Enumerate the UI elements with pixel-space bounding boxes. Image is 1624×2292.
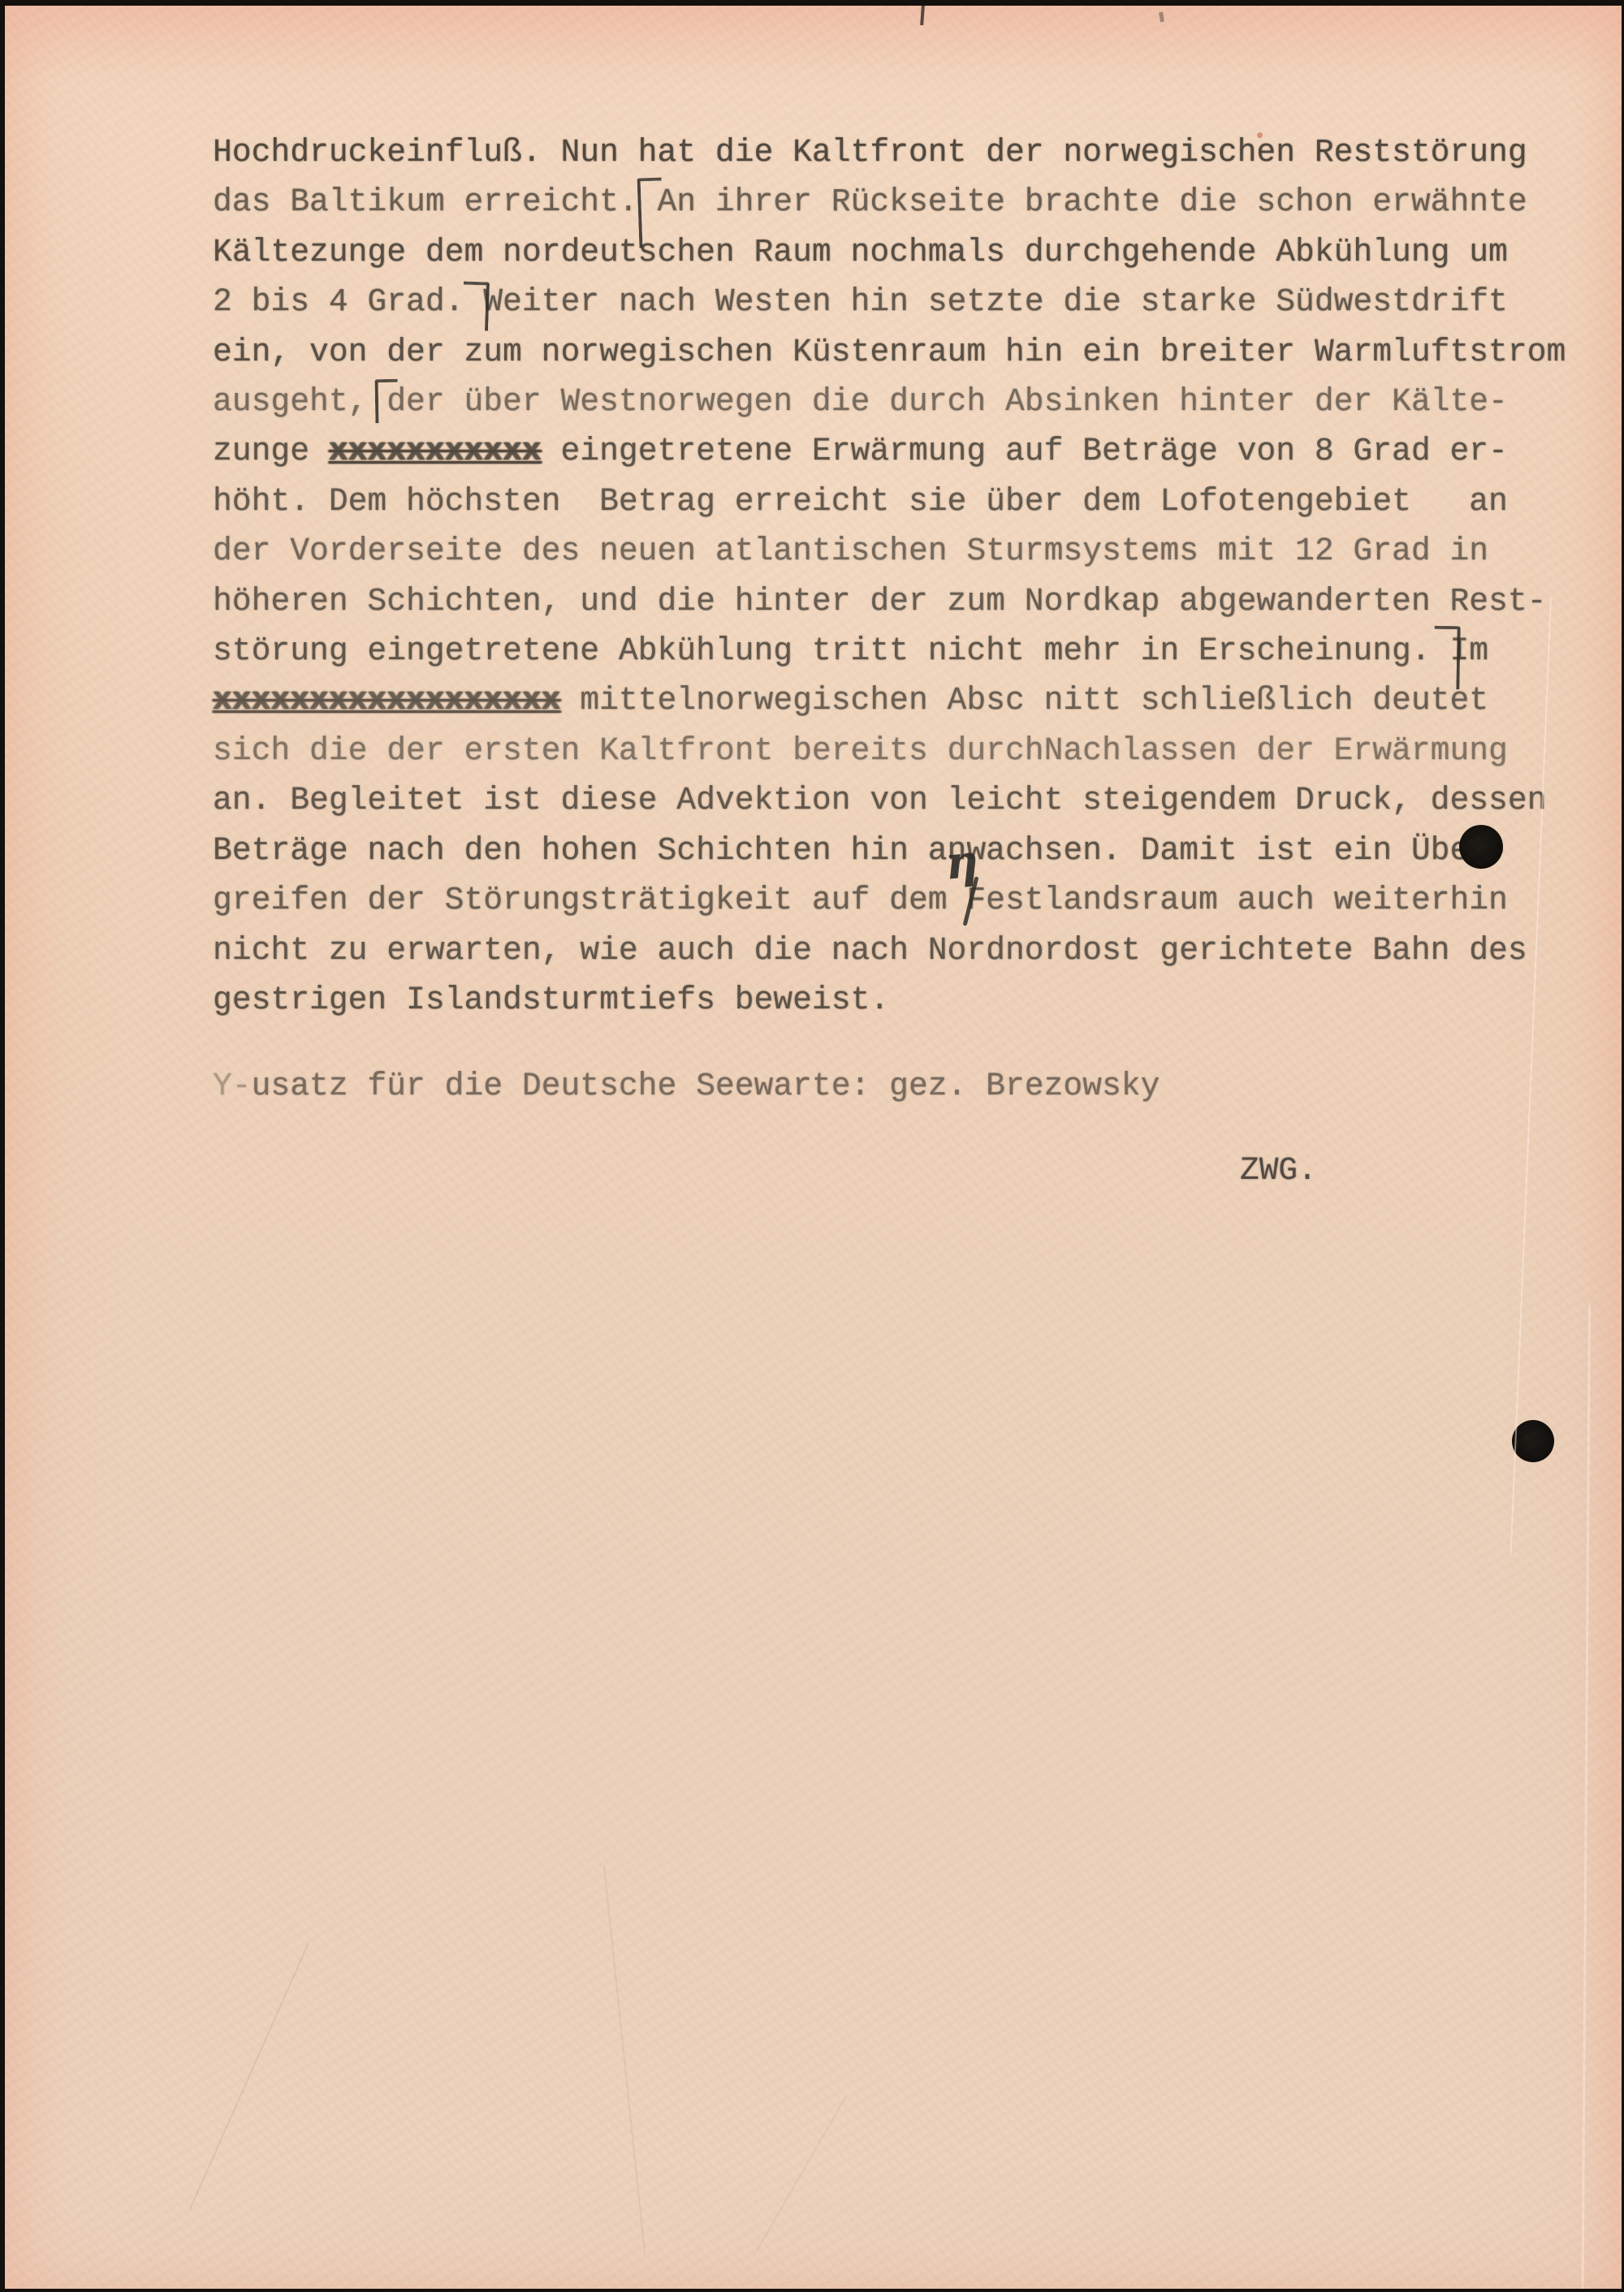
typed-line: gestrigen Islandsturmtiefs beweist. <box>213 975 1622 1025</box>
typed-text-block: Hochdruckeinfluß. Nun hat die Kaltfront … <box>213 127 1622 1025</box>
typed-text: usatz für die Deutsche Seewarte: gez. Br… <box>252 1068 1160 1104</box>
typed-text: störung eingetretene Abkühlung tritt nic… <box>213 632 1488 669</box>
typed-text: Beträge nach den hohen Schichten hin anw… <box>213 832 1508 869</box>
typed-line: Beträge nach den hohen Schichten hin anw… <box>213 826 1622 875</box>
typed-line: Kältezunge dem nordeutschen Raum nochmal… <box>213 227 1622 277</box>
typed-line: xxxxxxxxxxxxxxxxxx mittelnorwegischen Ab… <box>213 676 1622 725</box>
typed-line: ein, von der zum norwegischen Küstenraum… <box>213 327 1622 377</box>
initials-zwg: ZWG. <box>1240 1152 1317 1189</box>
paper-scratch-3 <box>756 2096 847 2251</box>
typed-line: das Baltikum erreicht. An ihrer Rückseit… <box>213 177 1622 227</box>
typed-line: Hochdruckeinfluß. Nun hat die Kaltfront … <box>213 127 1622 177</box>
paper-crease-right-lower <box>1581 1305 1591 2289</box>
typed-text: ein, von der zum norwegischen Küstenraum… <box>213 334 1566 370</box>
typed-text: gestrigen Islandsturmtiefs beweist. <box>213 982 889 1018</box>
typed-text: sich die der ersten Kaltfront bereits du… <box>213 732 1508 769</box>
typed-line: höheren Schichten, und die hinter der zu… <box>213 576 1622 626</box>
typed-line: greifen der Störungsträtigkeit auf dem F… <box>213 875 1622 925</box>
struck-out-text: xxxxxxxxxxx <box>329 433 542 469</box>
typed-text: Kältezunge dem nordeutschen Raum nochmal… <box>213 234 1508 270</box>
closing-typed-line: Y-usatz für die Deutsche Seewarte: gez. … <box>213 1061 1160 1111</box>
typed-line: nicht zu erwarten, wie auch die nach Nor… <box>213 926 1622 975</box>
typed-text: höht. Dem höchsten Betrag erreicht sie ü… <box>213 483 1508 520</box>
struck-out-text: xxxxxxxxxxxxxxxxxx <box>213 682 560 719</box>
typed-text: Y- <box>213 1068 252 1104</box>
typed-line: zunge xxxxxxxxxxx eingetretene Erwärmung… <box>213 426 1622 476</box>
typed-text: greifen der Störungsträtigkeit auf dem F… <box>213 882 1508 918</box>
ink-dot-1 <box>1459 825 1503 869</box>
paper-scratch-2 <box>603 1866 646 2254</box>
typed-line: höht. Dem höchsten Betrag erreicht sie ü… <box>213 477 1622 526</box>
typed-line: störung eingetretene Abkühlung tritt nic… <box>213 626 1622 676</box>
red-speck <box>1257 132 1263 138</box>
typed-text: das Baltikum erreicht. An ihrer Rückseit… <box>213 183 1527 220</box>
typed-line: an. Begleitet ist diese Advektion von le… <box>213 775 1622 825</box>
typed-text: 2 bis 4 Grad. Weiter nach Westen hin set… <box>213 283 1508 320</box>
typed-text: nicht zu erwarten, wie auch die nach Nor… <box>213 932 1527 969</box>
closing-line: Y-usatz für die Deutsche Seewarte: gez. … <box>213 1061 1160 1111</box>
typed-text: ausgeht, der über Westnorwegen die durch… <box>213 383 1508 420</box>
typed-text: zunge <box>213 433 329 469</box>
paper-scratch-1 <box>189 1942 309 2210</box>
document-page: Hochdruckeinfluß. Nun hat die Kaltfront … <box>5 6 1622 2289</box>
ink-dot-2 <box>1512 1420 1554 1462</box>
edge-speck-1 <box>920 6 925 25</box>
typed-line: der Vorderseite des neuen atlantischen S… <box>213 526 1622 576</box>
typed-text: der Vorderseite des neuen atlantischen S… <box>213 533 1488 569</box>
typed-text: eingetretene Erwärmung auf Beträge von 8… <box>542 433 1508 469</box>
typed-line: ausgeht, der über Westnorwegen die durch… <box>213 377 1622 426</box>
typed-text: Hochdruckeinfluß. Nun hat die Kaltfront … <box>213 134 1527 170</box>
typed-text: mittelnorwegischen Absc nitt schließlich… <box>560 682 1488 719</box>
typed-line: sich die der ersten Kaltfront bereits du… <box>213 726 1622 775</box>
typed-line: 2 bis 4 Grad. Weiter nach Westen hin set… <box>213 277 1622 326</box>
typed-text: höheren Schichten, und die hinter der zu… <box>213 583 1546 619</box>
edge-speck-2 <box>1159 12 1164 23</box>
typed-text: an. Begleitet ist diese Advektion von le… <box>213 782 1546 818</box>
